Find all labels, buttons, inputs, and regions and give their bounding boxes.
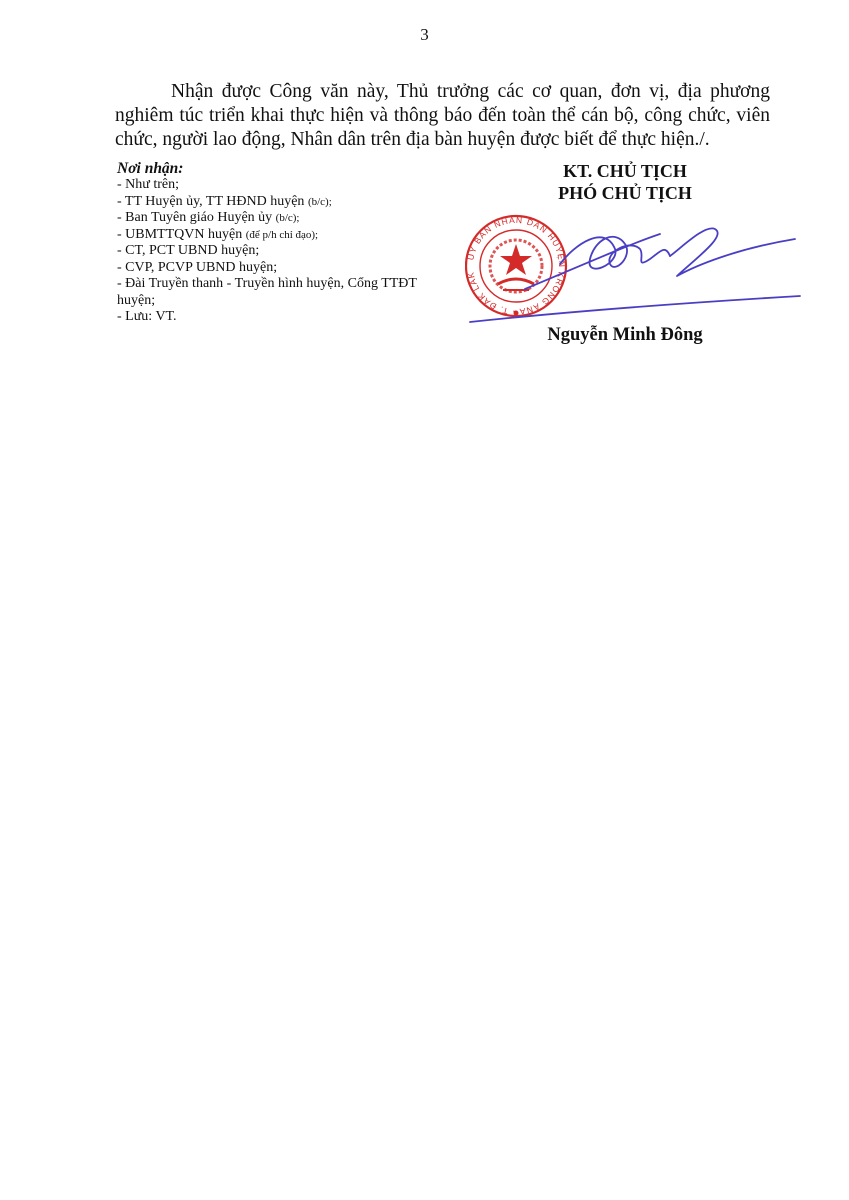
signer-name: Nguyễn Minh Đông — [465, 325, 785, 346]
recipient-item: - CVP, PCVP UBND huyện; — [117, 260, 447, 277]
recipients-heading: Nơi nhận: — [117, 160, 447, 177]
recipient-item: - TT Huyện ủy, TT HĐND huyện (b/c); — [117, 194, 447, 211]
recipients-block: Nơi nhận: - Như trên; - TT Huyện ủy, TT … — [117, 160, 447, 326]
stamp-and-signature: ỦY BAN NHÂN DÂN HUYỆN KRÔNG ANA - T. ĐẮK… — [465, 204, 805, 324]
recipient-item: - Đài Truyền thanh - Truyền hình huyện, … — [117, 276, 447, 309]
page-number: 3 — [0, 25, 849, 45]
signer-authority: KT. CHỦ TỊCH — [465, 160, 785, 182]
recipient-item: - CT, PCT UBND huyện; — [117, 243, 447, 260]
recipient-item: - Ban Tuyên giáo Huyện ủy (b/c); — [117, 210, 447, 227]
signature-block: KT. CHỦ TỊCH PHÓ CHỦ TỊCH ỦY BAN NHÂN DÂ… — [465, 160, 795, 324]
official-stamp-icon: ỦY BAN NHÂN DÂN HUYỆN KRÔNG ANA - T. ĐẮK… — [465, 204, 810, 329]
signer-position: PHÓ CHỦ TỊCH — [465, 182, 785, 204]
recipient-item: - Lưu: VT. — [117, 309, 447, 326]
recipient-item: - Như trên; — [117, 177, 447, 194]
recipient-item: - UBMTTQVN huyện (để p/h chỉ đạo); — [117, 227, 447, 244]
body-paragraph: Nhận được Công văn này, Thủ trưởng các c… — [115, 80, 770, 152]
